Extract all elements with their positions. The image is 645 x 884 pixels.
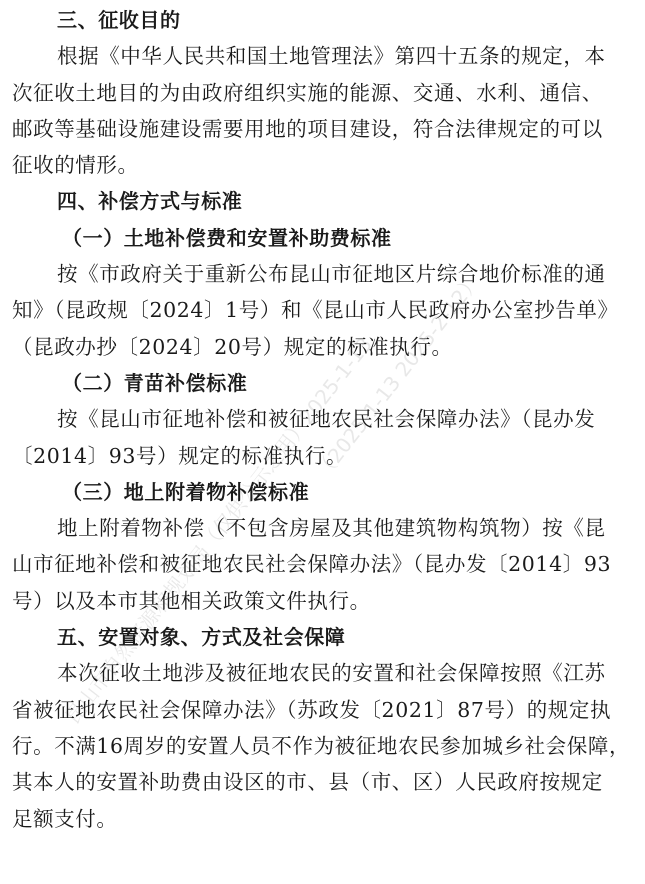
section-heading-purpose: 三、征收目的 xyxy=(12,2,637,38)
paragraph-line: 其本人的安置补助费由设区的市、县（市、区）人民政府按规定 xyxy=(12,764,637,800)
paragraph-line: 山市征地补偿和被征地农民社会保障办法》（昆办发〔2014〕93 xyxy=(12,546,637,582)
subheading-attachment-compensation: （三）地上附着物补偿标准 xyxy=(12,474,637,510)
paragraph-line: 足额支付。 xyxy=(12,801,637,837)
section-heading-compensation: 四、补偿方式与标准 xyxy=(12,183,637,219)
paragraph-line: 本次征收土地涉及被征地农民的安置和社会保障按照《江苏 xyxy=(12,655,637,691)
paragraph-line: 次征收土地目的为由政府组织实施的能源、交通、水利、通信、 xyxy=(12,75,637,111)
paragraph-line: 邮政等基础设施建设需要用地的项目建设，符合法律规定的可以 xyxy=(12,111,637,147)
section-heading-resettlement: 五、安置对象、方式及社会保障 xyxy=(12,619,637,655)
paragraph-line: 根据《中华人民共和国土地管理法》第四十五条的规定，本 xyxy=(12,38,637,74)
paragraph-line: 〔2014〕93号）规定的标准执行。 xyxy=(12,438,637,474)
document-page: 三、征收目的 根据《中华人民共和国土地管理法》第四十五条的规定，本 次征收土地目… xyxy=(12,2,637,837)
subheading-crop-compensation: （二）青苗补偿标准 xyxy=(12,365,637,401)
paragraph-line: 地上附着物补偿（不包含房屋及其他建筑物构筑物）按《昆 xyxy=(12,510,637,546)
paragraph-line: 按《市政府关于重新公布昆山市征地区片综合地价标准的通 xyxy=(12,256,637,292)
paragraph-line: 号）以及本市其他相关政策文件执行。 xyxy=(12,583,637,619)
paragraph-line: 知》（昆政规〔2024〕1号）和《昆山市人民政府办公室抄告单》 xyxy=(12,292,637,328)
subheading-land-compensation: （一）土地补偿费和安置补助费标准 xyxy=(12,220,637,256)
paragraph-line: 行。不满16周岁的安置人员不作为被征地农民参加城乡社会保障， xyxy=(12,728,637,764)
paragraph-line: 省被征地农民社会保障办法》（苏政发〔2021〕87号）的规定执 xyxy=(12,692,637,728)
paragraph-line: （昆政办抄〔2024〕20号）规定的标准执行。 xyxy=(12,329,637,365)
paragraph-line: 征收的情形。 xyxy=(12,147,637,183)
paragraph-line: 按《昆山市征地补偿和被征地农民社会保障办法》（昆办发 xyxy=(12,401,637,437)
